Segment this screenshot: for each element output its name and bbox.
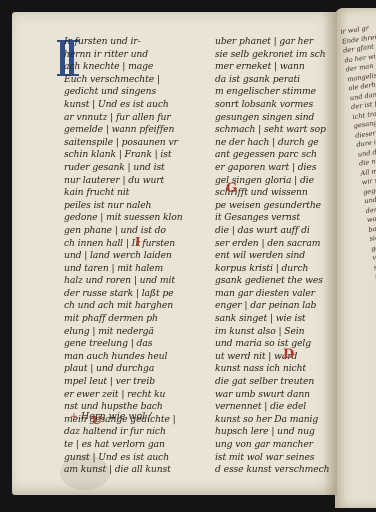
text-line: Ir fursten und ir- xyxy=(64,36,183,49)
text-line: ent wil werden sind xyxy=(215,250,329,263)
footer-text: Hern wie wol / xyxy=(81,411,152,422)
text-line: mit phaff dermen ph xyxy=(64,313,183,326)
text-line: ung von gar mancher xyxy=(215,439,329,452)
footer-catchword: + Hern wie wol / xyxy=(70,411,152,422)
text-line: d esse kunst verschmech xyxy=(215,464,329,477)
text-line: schin klank | Frank | ist xyxy=(64,149,183,162)
text-line: der russe stark | laßt pe xyxy=(64,288,183,301)
text-line: gene treelung | das xyxy=(64,338,183,351)
text-line: sonrt lobsank vormes xyxy=(215,99,329,112)
text-line: saitenspile | posaunen vr xyxy=(64,137,183,150)
red-initial-left: I xyxy=(135,235,141,249)
text-line: ch und ach mit harghen xyxy=(64,300,183,313)
text-column-right: uber phanet | gar hersie selb gekronet i… xyxy=(215,36,329,477)
text-line: pe weisen gesunderthe xyxy=(215,200,329,213)
text-line: halz und roren | und mit xyxy=(64,275,183,288)
text-line: sank singet | wie ist xyxy=(215,313,329,326)
text-line: kain frucht nit xyxy=(64,187,183,200)
rubric-cross: + xyxy=(70,411,78,422)
text-line: mer erneket | wann xyxy=(215,61,329,74)
text-line: plaut | und durchga xyxy=(64,363,183,376)
text-line: daz haltend ir fur nich xyxy=(64,426,183,439)
text-line: kunst | Und es ist auch xyxy=(64,99,183,112)
text-line: man auch hundes heul xyxy=(64,351,183,364)
text-line: man gar diesten valer xyxy=(215,288,329,301)
text-line: im kunst also | Sein xyxy=(215,326,329,339)
text-line: gemelde | wann pfeiffen xyxy=(64,124,183,137)
text-line: hupsch lere | und nug xyxy=(215,426,329,439)
text-line: te | es hat verlorn gan xyxy=(64,439,183,452)
text-line: da ist gsank perati xyxy=(215,74,329,87)
text-line: und maria so ist gelg xyxy=(215,338,329,351)
text-line: ch innen hall | Ir fursten xyxy=(64,238,183,251)
text-line: it Gesanges vernst xyxy=(215,212,329,225)
text-line: ut werd nit | ward xyxy=(215,351,329,364)
text-line: Euch verschmechte | xyxy=(64,74,183,87)
text-line: mpel leut | ver treib xyxy=(64,376,183,389)
text-line: gesungen singen sind xyxy=(215,112,329,125)
text-line: kunst so her Da manig xyxy=(215,414,329,427)
text-line: elung | mit nedergä xyxy=(64,326,183,339)
text-line: nur lauterer | du wurt xyxy=(64,175,183,188)
text-line: ar vnnutz | fur allen fur xyxy=(64,112,183,125)
red-initial-g: G xyxy=(226,181,237,196)
text-line: ne der hach | durch ge xyxy=(215,137,329,150)
text-line: vernennet | die edel xyxy=(215,401,329,414)
text-line: korpus kristi | durch xyxy=(215,263,329,276)
text-line: uber phanet | gar her xyxy=(215,36,329,49)
text-line: gsank gedienet the wes xyxy=(215,275,329,288)
text-line: peiles ist nur naleh xyxy=(64,200,183,213)
text-line: die | das wurt auff di xyxy=(215,225,329,238)
text-line: ist mit wol war seines xyxy=(215,452,329,465)
text-line: ruder gesank | und ist xyxy=(64,162,183,175)
text-line: gedicht und singens xyxy=(64,86,183,99)
text-line: sie selb gekronet im sch xyxy=(215,49,329,62)
red-initial-d: D xyxy=(283,347,294,362)
text-line: am kunst | die all kunst xyxy=(64,464,183,477)
text-line: und | land werch laiden xyxy=(64,250,183,263)
text-line: war umb swurt dann xyxy=(215,389,329,402)
text-line: gen phane | und ist do xyxy=(64,225,183,238)
text-line: ach knechte | mage xyxy=(64,61,183,74)
text-line: und taren | mit halem xyxy=(64,263,183,276)
text-line: er gaporen wart | dies xyxy=(215,162,329,175)
text-line: enger | dar peinan lab xyxy=(215,300,329,313)
text-line: die gat selber treuten xyxy=(215,376,329,389)
text-line: gedone | mit suessen klon xyxy=(64,212,183,225)
text-line: m engelischer stimme xyxy=(215,86,329,99)
text-line: hernn ir ritter und xyxy=(64,49,183,62)
text-line: schmach | seht wart sop xyxy=(215,124,329,137)
text-line: gunst | Und es ist auch xyxy=(64,452,183,465)
text-line: ser erden | den sacram xyxy=(215,238,329,251)
text-line: kunst nass ich nicht xyxy=(215,363,329,376)
text-line: ant gegessen parc sch xyxy=(215,149,329,162)
text-line: er ewer zeit | recht ku xyxy=(64,389,183,402)
